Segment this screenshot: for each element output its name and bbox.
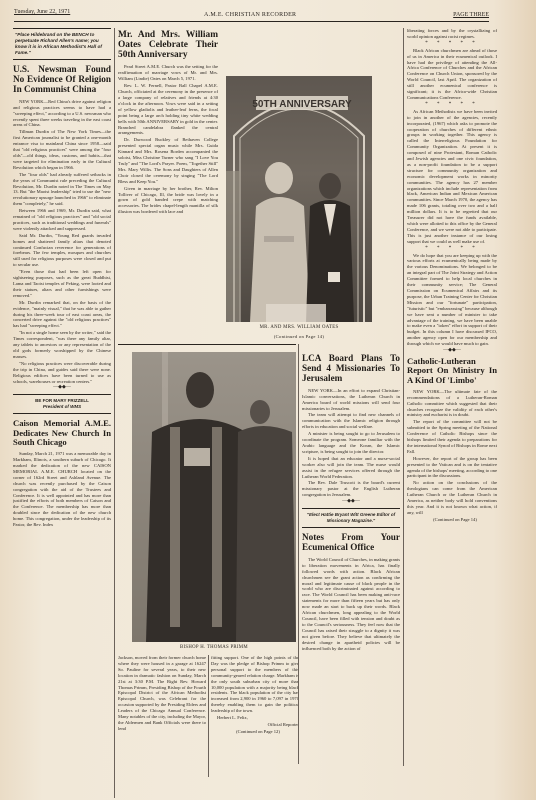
paragraph: Black African churchmen are ahead of tho… <box>407 48 497 101</box>
paragraph: It is hoped that an educator and a nurse… <box>302 456 400 480</box>
svg-text:50TH ANNIVERSARY: 50TH ANNIVERSARY <box>252 99 352 110</box>
paragraph: The team will attempt to find new channe… <box>302 412 400 430</box>
paragraph: Said Mr. Durdin, "Young Red guards invad… <box>13 233 111 268</box>
anniversary-photo-illustration: 50TH ANNIVERSARY <box>226 76 372 322</box>
headline-catholic-lutheran: Catholic-Lutheran Report On Ministry In … <box>407 357 497 385</box>
paragraph: Sunday, March 21, 1971 was a memorable d… <box>13 451 111 528</box>
column-1: "Place Hildebrand on the BENCH to perpet… <box>13 28 111 794</box>
headline-oates: Mr. And Mrs. William Oates Celebrate The… <box>118 30 218 60</box>
reporter-title: Official Reporter <box>211 722 299 728</box>
photo-bishop-primm <box>132 352 296 642</box>
paragraph: As African Methodists we have been invit… <box>407 109 497 245</box>
paragraph: Given in marriage by her brother, Rev. M… <box>118 186 218 216</box>
paragraph: No action on the conclusions of the theo… <box>407 480 497 515</box>
continued-notice: (Continued on Page 14) <box>407 517 497 523</box>
paragraph: NEW YORK—In an effort to expand Christia… <box>302 388 400 412</box>
paragraph: Dr. Durwood Buckley of Bethaven College … <box>118 137 218 184</box>
column-rule <box>298 344 299 764</box>
paragraph: The report of the committee will not be … <box>407 419 497 454</box>
paragraph: The World Council of Churches, in making… <box>302 557 400 652</box>
paragraph: Jackson, moved from their former church … <box>118 655 206 732</box>
masthead: Tuesday, June 22, 1971 A.M.E. CHRISTIAN … <box>14 8 489 24</box>
headline-china: U.S. Newsman Found No Evidence Of Religi… <box>13 65 111 95</box>
boxed-note-line: President of WMS <box>13 404 111 410</box>
masthead-rule <box>14 21 489 22</box>
section-divider: —◆◆— <box>13 385 111 391</box>
stars-divider: * * * * * <box>407 41 497 47</box>
article-china-body: NEW YORK—Red China's drive against relig… <box>13 99 111 385</box>
paragraph: Between 1966 and 1969, Mr. Durdin said, … <box>13 208 111 232</box>
newspaper-page: Tuesday, June 22, 1971 A.M.E. CHRISTIAN … <box>0 0 536 800</box>
publication-title: A.M.E. CHRISTIAN RECORDER <box>204 12 296 18</box>
headline-ecumenical: Notes From Your Ecumenical Office <box>302 533 400 553</box>
page-number: PAGE THREE <box>453 12 489 18</box>
photo-caption-oates: MR. AND MRS. WILLIAM OATES <box>226 325 372 330</box>
paragraph: NEW YORK—Red China's drive against relig… <box>13 99 111 129</box>
column-rule <box>208 655 209 777</box>
photo-caption-bishop: BISHOP H. THOMAS PRIMM <box>132 645 296 650</box>
boxed-note-greene: "Elect Hattie Bryant Witt Greene Editor … <box>302 508 400 528</box>
caison-continued-right: fitting support. One of the high points … <box>211 655 299 795</box>
paragraph: The "four olds" had already suffered set… <box>13 172 111 207</box>
paragraph: The Rev. Dale Truscott is the board's cu… <box>302 480 400 498</box>
reporter-signature: Herbert L. Felix, <box>211 715 299 721</box>
caison-continued-left: Jackson, moved from their former church … <box>118 655 206 795</box>
paragraph: Mr. Durdin remarked that, on the basis o… <box>13 300 111 330</box>
paragraph: NEW YORK—The ultimate fate of the recomm… <box>407 389 497 419</box>
column-5: liberating forces and by the crystallizi… <box>407 28 497 770</box>
paragraph: Pearl Street A.M.E. Church was the setti… <box>118 64 218 82</box>
paragraph: "Even those that had been left open for … <box>13 269 111 299</box>
article-caison-body: Sunday, March 21, 1971 was a memorable d… <box>13 451 111 528</box>
column-2: Mr. And Mrs. William Oates Celebrate The… <box>118 28 218 334</box>
headline-lca: LCA Board Plans To Send 4 Missionaries T… <box>302 354 400 384</box>
paragraph: fitting support. One of the high points … <box>211 655 299 714</box>
paragraph: Rev. L. W. Fernell, Pastor Ball Chapel A… <box>118 83 218 136</box>
section-rule <box>118 344 296 345</box>
paragraph: We do hope that you are keeping up with … <box>407 253 497 348</box>
boxed-note-frizzell: BE FOR MARY FRIZZELL President of WMS <box>13 394 111 414</box>
headline-caison: Caison Memorial A.M.E. Dedicates New Chu… <box>13 419 111 447</box>
section-divider: —◆◆— <box>407 348 497 354</box>
column-rule <box>403 28 404 766</box>
column-4: LCA Board Plans To Send 4 Missionaries T… <box>302 352 400 766</box>
section-divider: —◆◆— <box>302 499 400 505</box>
stars-divider: * * * * * <box>407 102 497 108</box>
paragraph: However, the report of the group has bee… <box>407 456 497 480</box>
paragraph: "No religious practices were discoverabl… <box>13 361 111 385</box>
column-rule <box>114 28 115 798</box>
photo-oates-anniversary: 50TH ANNIVERSARY <box>226 76 372 322</box>
pull-quote-hildebrand: "Place Hildebrand on the BENCH to perpet… <box>13 28 111 60</box>
stars-divider: * * * * * <box>407 246 497 252</box>
paragraph: "In not a single home seen by the writer… <box>13 330 111 360</box>
issue-date: Tuesday, June 22, 1971 <box>14 9 70 15</box>
continued-notice: (Continued on Page 14) <box>226 334 372 339</box>
continued-notice: (Continued on Page 12) <box>211 729 299 735</box>
paragraph: Tillman Durdin of The New York Times—the… <box>13 129 111 170</box>
paragraph: liberating forces and by the crystallizi… <box>407 28 497 40</box>
paragraph: A minister is being sought to go to Jeru… <box>302 431 400 455</box>
bishop-photo-illustration <box>132 352 296 642</box>
